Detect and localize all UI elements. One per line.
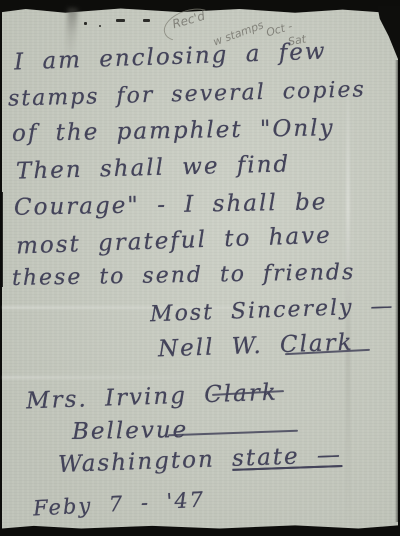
scan-edge-sliver xyxy=(0,192,3,287)
body-line-5: Courage" - I shall be xyxy=(14,189,328,220)
ink-speck xyxy=(116,19,125,22)
address-state: state — xyxy=(232,442,343,472)
scan-edge-shadow xyxy=(395,60,400,522)
scanned-letter: Rec'd w stamps Oct - Sat I am enclosing … xyxy=(0,0,400,536)
ink-speck xyxy=(99,25,101,27)
address-region: Washington xyxy=(58,446,216,477)
ink-speck xyxy=(143,19,150,22)
fold-line-horizontal xyxy=(2,376,232,379)
address-line-2: Bellevue xyxy=(72,417,189,445)
ink-speck xyxy=(84,22,87,25)
